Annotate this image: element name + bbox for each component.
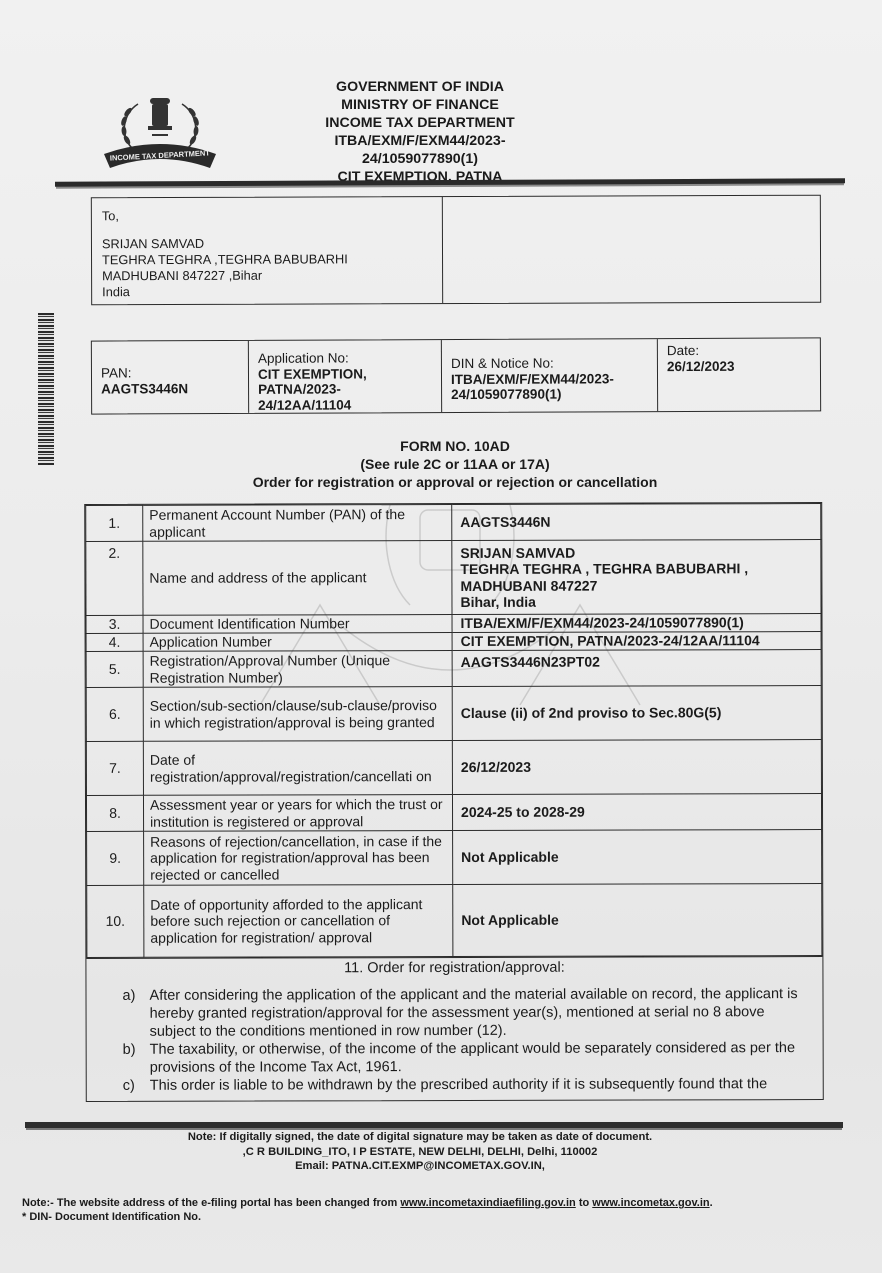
row-value: 26/12/2023 bbox=[452, 740, 821, 795]
income-tax-department-logo: INCOME TAX DEPARTMENT bbox=[98, 88, 222, 174]
row-number: 7. bbox=[86, 741, 143, 795]
form-10ad-table: 1. Permanent Account Number (PAN) of the… bbox=[84, 502, 824, 1102]
row-number: 6. bbox=[86, 687, 143, 741]
date-value: 26/12/2023 bbox=[667, 358, 811, 374]
list-item: a) After considering the application of … bbox=[122, 985, 808, 1041]
row-label: Name and address of the applicant bbox=[143, 541, 452, 616]
office-address: ,C R BUILDING_ITO, I P ESTATE, NEW DELHI… bbox=[160, 1145, 680, 1160]
row-number: 4. bbox=[86, 633, 143, 651]
date-label: Date: bbox=[667, 342, 811, 358]
pan-applicant-value: AAGTS3446N bbox=[460, 513, 814, 530]
header-government: GOVERNMENT OF INDIA bbox=[300, 78, 540, 96]
din-value-line1: ITBA/EXM/F/EXM44/2023- bbox=[451, 371, 648, 387]
row-label: Date of opportunity afforded to the appl… bbox=[144, 885, 453, 958]
applicant-name-value: SRIJAN SAMVAD bbox=[460, 544, 814, 561]
table-row: 6. Section/sub-section/clause/sub-clause… bbox=[86, 686, 821, 742]
office-footer: Note: If digitally signed, the date of d… bbox=[160, 1130, 680, 1174]
addressee-box: To, SRIJAN SAMVAD TEGHRA TEGHRA ,TEGHRA … bbox=[91, 195, 821, 306]
application-no-label: Application No: bbox=[258, 350, 432, 366]
clause-text: After considering the application of the… bbox=[149, 985, 808, 1041]
pan-label: PAN: bbox=[101, 365, 239, 381]
row-label: Application Number bbox=[143, 633, 452, 652]
din-footnote: * DIN- Document Identification No. bbox=[22, 1210, 862, 1224]
din-notice-cell: DIN & Notice No: ITBA/EXM/F/EXM44/2023- … bbox=[442, 339, 658, 412]
form-rule-reference: (See rule 2C or 11AA or 17A) bbox=[200, 455, 710, 473]
date-cell: Date: 26/12/2023 bbox=[658, 338, 820, 411]
row-label: Section/sub-section/clause/sub-clause/pr… bbox=[143, 687, 452, 742]
row-number: 8. bbox=[86, 795, 143, 831]
portal-change-note: Note:- The website address of the e-fili… bbox=[22, 1196, 862, 1210]
row-value: Clause (ii) of 2nd proviso to Sec.80G(5) bbox=[452, 686, 821, 741]
row-number: 3. bbox=[86, 615, 143, 633]
table-row: 2. Name and address of the applicant SRI… bbox=[86, 540, 821, 616]
row-label: Document Identification Number bbox=[143, 615, 452, 634]
application-number-value: CIT EXEMPTION, PATNA/2023-24/12AA/11104 bbox=[461, 632, 815, 649]
row-number: 1. bbox=[86, 505, 143, 541]
office-email: Email: PATNA.CIT.EXMP@INCOMETAX.GOV.IN, bbox=[160, 1159, 680, 1174]
order-clauses: a) After considering the application of … bbox=[86, 985, 822, 1101]
old-portal-link[interactable]: www.incometaxindiaefiling.gov.in bbox=[400, 1197, 575, 1209]
row-label: Reasons of rejection/cancellation, in ca… bbox=[144, 831, 453, 886]
row-label: Registration/Approval Number (Unique Reg… bbox=[143, 651, 452, 688]
clause-marker: a) bbox=[122, 987, 149, 1041]
row-value: AAGTS3446N23PT02 bbox=[452, 650, 821, 687]
registration-number-value: AAGTS3446N23PT02 bbox=[461, 653, 815, 670]
row-number: 9. bbox=[87, 831, 144, 885]
emblem-icon: INCOME TAX DEPARTMENT bbox=[98, 88, 222, 174]
table-row: 3. Document Identification Number ITBA/E… bbox=[86, 614, 821, 634]
applicant-address-line3: Bihar, India bbox=[460, 593, 814, 610]
din-label: DIN & Notice No: bbox=[451, 355, 648, 371]
applicant-address-line2: MADHUBANI 847227 bbox=[460, 577, 814, 594]
portal-note: Note:- The website address of the e-fili… bbox=[22, 1196, 862, 1224]
addressee-name: SRIJAN SAMVAD bbox=[102, 235, 432, 252]
row-number: 2. bbox=[86, 541, 143, 615]
rejection-reasons-value: Not Applicable bbox=[461, 848, 815, 865]
table-row: 10. Date of opportunity afforded to the … bbox=[87, 884, 822, 958]
row-label: Date of registration/approval/registrati… bbox=[143, 741, 452, 796]
application-no-value-line2: PATNA/2023- bbox=[258, 381, 432, 397]
row-value: Not Applicable bbox=[453, 884, 822, 957]
clause-marker: b) bbox=[123, 1041, 150, 1077]
footer-divider bbox=[25, 1122, 843, 1128]
form-title-block: FORM NO. 10AD (See rule 2C or 11AA or 17… bbox=[200, 437, 710, 491]
list-item: c) This order is liable to be withdrawn … bbox=[123, 1075, 809, 1095]
row-label: Permanent Account Number (PAN) of the ap… bbox=[143, 505, 452, 542]
document-header: GOVERNMENT OF INDIA MINISTRY OF FINANCE … bbox=[300, 78, 540, 186]
table-row: 8. Assessment year or years for which th… bbox=[86, 794, 821, 832]
new-portal-link[interactable]: www.incometax.gov.in bbox=[592, 1197, 709, 1209]
addressee-blank-cell bbox=[443, 196, 820, 303]
addressee-address-line2: MADHUBANI 847227 ,Bihar bbox=[102, 267, 432, 284]
form-number: FORM NO. 10AD bbox=[200, 437, 710, 455]
clause-marker: c) bbox=[123, 1077, 150, 1095]
row-value: AAGTS3446N bbox=[452, 504, 821, 541]
form-heading: Order for registration or approval or re… bbox=[200, 473, 710, 491]
table-row: 5. Registration/Approval Number (Unique … bbox=[86, 650, 821, 688]
row-value: CIT EXEMPTION, PATNA/2023-24/12AA/11104 bbox=[452, 632, 821, 651]
assessment-years-value: 2024-25 to 2028-29 bbox=[461, 803, 815, 820]
barcode-icon bbox=[38, 313, 54, 465]
row-value: ITBA/EXM/F/EXM44/2023-24/1059077890(1) bbox=[452, 614, 821, 633]
table-row: 4. Application Number CIT EXEMPTION, PAT… bbox=[86, 632, 821, 652]
row-number: 5. bbox=[86, 651, 143, 687]
row-number: 10. bbox=[87, 885, 144, 957]
header-department: INCOME TAX DEPARTMENT bbox=[300, 114, 540, 132]
header-ministry: MINISTRY OF FINANCE bbox=[300, 96, 540, 114]
header-din-line2: 24/1059077890(1) bbox=[300, 150, 540, 168]
to-label: To, bbox=[102, 207, 432, 224]
table-row: 1. Permanent Account Number (PAN) of the… bbox=[86, 504, 821, 542]
application-no-value-line1: CIT EXEMPTION, bbox=[258, 366, 432, 382]
row-value: 2024-25 to 2028-29 bbox=[452, 794, 821, 831]
din-value-line2: 24/1059077890(1) bbox=[451, 386, 648, 402]
pan-cell: PAN: AAGTS3446N bbox=[92, 341, 249, 414]
addressee-details: To, SRIJAN SAMVAD TEGHRA TEGHRA ,TEGHRA … bbox=[92, 197, 443, 304]
order-heading: 11. Order for registration/approval: bbox=[86, 956, 822, 987]
header-din-line1: ITBA/EXM/F/EXM44/2023- bbox=[300, 132, 540, 150]
addressee-address-line1: TEGHRA TEGHRA ,TEGHRA BABUBARHI bbox=[102, 251, 432, 268]
table-row: 7. Date of registration/approval/registr… bbox=[86, 740, 821, 796]
applicant-address-line1: TEGHRA TEGHRA , TEGHRA BABUBARHI , bbox=[460, 560, 814, 577]
portal-note-prefix: Note:- The website address of the e-fili… bbox=[22, 1197, 400, 1209]
digital-signature-note: Note: If digitally signed, the date of d… bbox=[160, 1130, 680, 1145]
addressee-address-line3: India bbox=[102, 283, 432, 300]
clause-text: The taxability, or otherwise, of the inc… bbox=[150, 1039, 809, 1077]
portal-note-suffix: . bbox=[710, 1197, 713, 1209]
section-clause-value: Clause (ii) of 2nd proviso to Sec.80G(5) bbox=[461, 704, 815, 721]
din-value: ITBA/EXM/F/EXM44/2023-24/1059077890(1) bbox=[461, 614, 815, 631]
row-value: Not Applicable bbox=[453, 830, 822, 885]
row-value: SRIJAN SAMVAD TEGHRA TEGHRA , TEGHRA BAB… bbox=[452, 540, 821, 615]
application-no-value-line3: 24/12AA/11104 bbox=[258, 397, 432, 413]
application-no-cell: Application No: CIT EXEMPTION, PATNA/202… bbox=[249, 340, 442, 413]
table-row: 9. Reasons of rejection/cancellation, in… bbox=[87, 830, 822, 886]
clause-text: This order is liable to be withdrawn by … bbox=[150, 1075, 809, 1095]
registration-date-value: 26/12/2023 bbox=[461, 758, 815, 775]
opportunity-date-value: Not Applicable bbox=[461, 911, 815, 928]
portal-note-middle: to bbox=[576, 1197, 593, 1209]
reference-info-box: PAN: AAGTS3446N Application No: CIT EXEM… bbox=[91, 337, 821, 414]
row-label: Assessment year or years for which the t… bbox=[143, 795, 452, 832]
list-item: b) The taxability, or otherwise, of the … bbox=[123, 1039, 809, 1077]
pan-value: AAGTS3446N bbox=[101, 380, 239, 396]
